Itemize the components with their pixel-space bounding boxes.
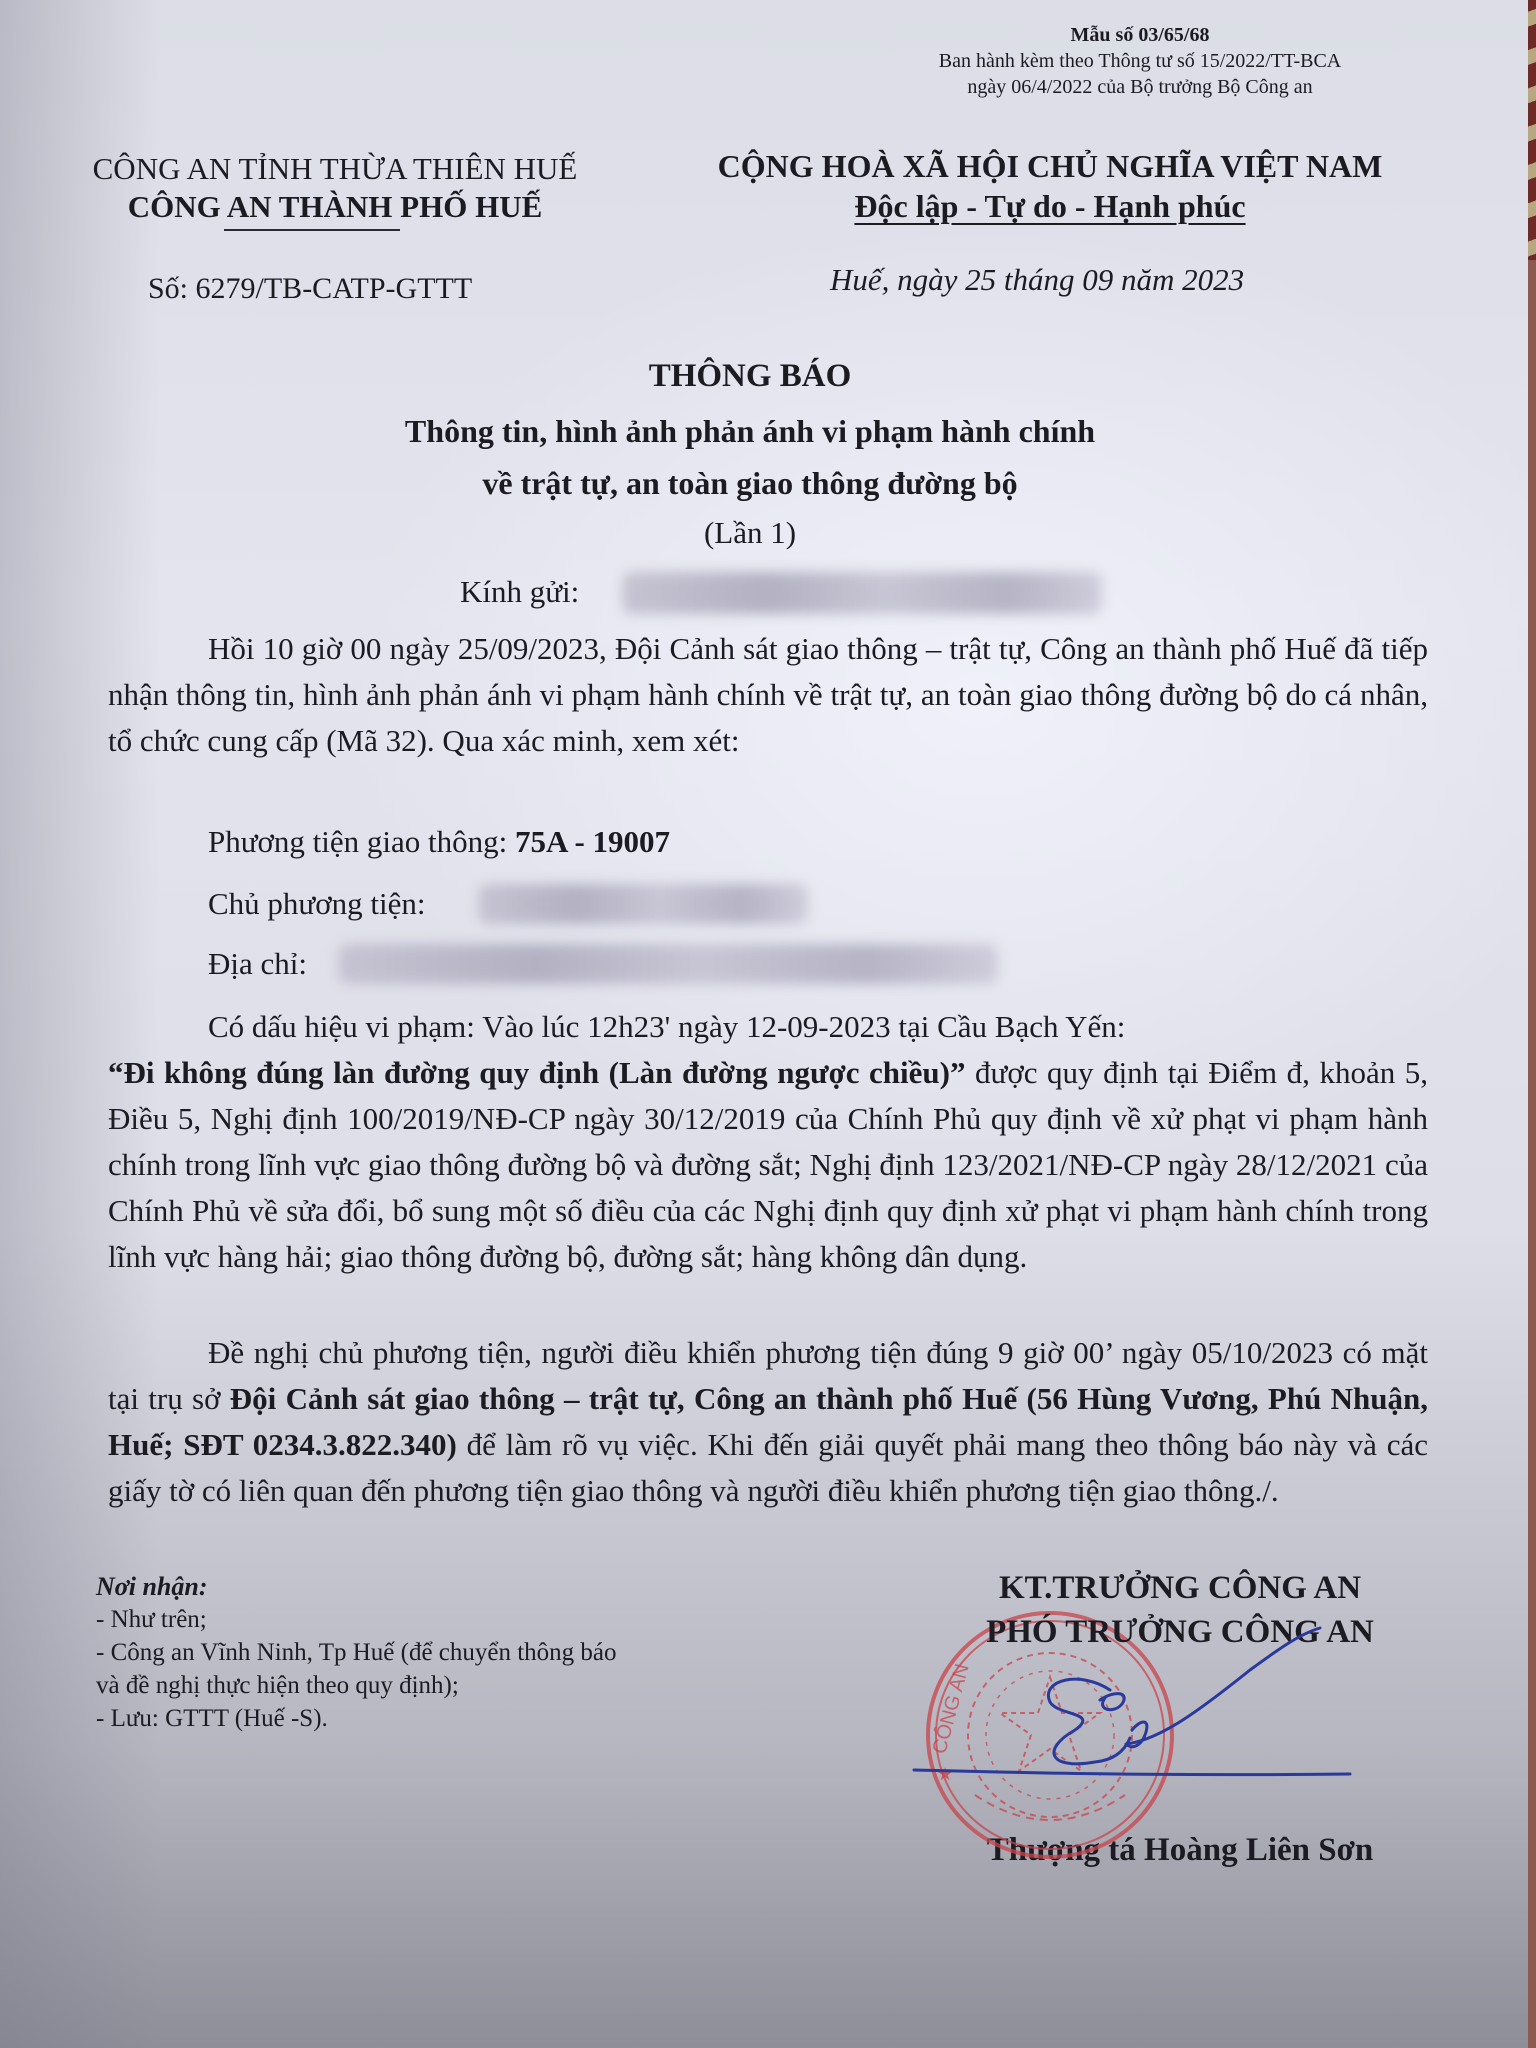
document-subtitle: Thông tin, hình ảnh phản ánh vi phạm hàn… (250, 405, 1250, 509)
paragraph-violation: Có dấu hiệu vi phạm: Vào lúc 12h23' ngày… (108, 1004, 1428, 1280)
nation-header: CỘNG HOÀ XÃ HỘI CHỦ NGHĨA VIỆT NAM Độc l… (660, 146, 1440, 226)
agency-parent: CÔNG AN TỈNH THỪA THIÊN HUẾ (40, 150, 630, 188)
agency-header: CÔNG AN TỈNH THỪA THIÊN HUẾ CÔNG AN THÀN… (40, 150, 630, 226)
recipients-block: Nơi nhận: - Như trên; - Công an Vĩnh Nin… (96, 1570, 617, 1735)
vehicle-plate: 75A - 19007 (515, 824, 670, 859)
owner-label: Chủ phương tiện: (208, 886, 425, 922)
subtitle-line-2: về trật tự, an toàn giao thông đường bộ (250, 457, 1250, 509)
vehicle-label: Phương tiện giao thông: (208, 824, 507, 859)
vehicle-line: Phương tiện giao thông: 75A - 19007 (208, 824, 670, 860)
notice-count: (Lần 1) (600, 515, 900, 551)
agency-name: CÔNG AN THÀNH PHỐ HUẾ (40, 188, 630, 226)
form-meta: Mẫu số 03/65/68 Ban hành kèm theo Thông … (870, 22, 1410, 100)
paragraph-received: Hồi 10 giờ 00 ngày 25/09/2023, Đội Cảnh … (108, 626, 1428, 764)
recipient-item: - Lưu: GTTT (Huế -S). (96, 1702, 617, 1735)
form-issued-date: ngày 06/4/2022 của Bộ trưởng Bộ Công an (870, 74, 1410, 100)
document-number: Số: 6279/TB-CATP-GTTT (148, 272, 472, 306)
signature-underline-icon (912, 1764, 1352, 1780)
nation-name: CỘNG HOÀ XÃ HỘI CHỦ NGHĨA VIỆT NAM (660, 146, 1440, 186)
redacted-address (338, 944, 998, 984)
document-date: Huế, ngày 25 tháng 09 năm 2023 (830, 262, 1244, 298)
agency-divider (224, 229, 400, 231)
nation-motto: Độc lập - Tự do - Hạnh phúc (854, 188, 1245, 224)
form-issued-with: Ban hành kèm theo Thông tư số 15/2022/TT… (870, 48, 1410, 74)
recipient-label: Kính gửi: (460, 574, 579, 610)
document-page: Mẫu số 03/65/68 Ban hành kèm theo Thông … (0, 0, 1528, 2048)
violation-offense: “Đi không đúng làn đường quy định (Làn đ… (108, 1055, 965, 1090)
address-label: Địa chỉ: (208, 946, 307, 982)
subtitle-line-1: Thông tin, hình ảnh phản ánh vi phạm hàn… (250, 405, 1250, 457)
violation-intro: Có dấu hiệu vi phạm: Vào lúc 12h23' ngày… (108, 1004, 1428, 1050)
document-title: THÔNG BÁO (300, 358, 1200, 395)
redacted-owner (478, 884, 808, 924)
signature-title-line-1: KT.TRƯỞNG CÔNG AN (910, 1566, 1450, 1610)
recipient-item: - Như trên; (96, 1603, 617, 1636)
recipient-item: - Công an Vĩnh Ninh, Tp Huế (để chuyển t… (96, 1636, 617, 1669)
paragraph-request: Đề nghị chủ phương tiện, người điều khiể… (108, 1330, 1428, 1514)
form-code: Mẫu số 03/65/68 (870, 22, 1410, 48)
recipient-item: và đề nghị thực hiện theo quy định); (96, 1669, 617, 1702)
redacted-recipient (622, 572, 1102, 614)
recipients-heading: Nơi nhận: (96, 1570, 617, 1603)
